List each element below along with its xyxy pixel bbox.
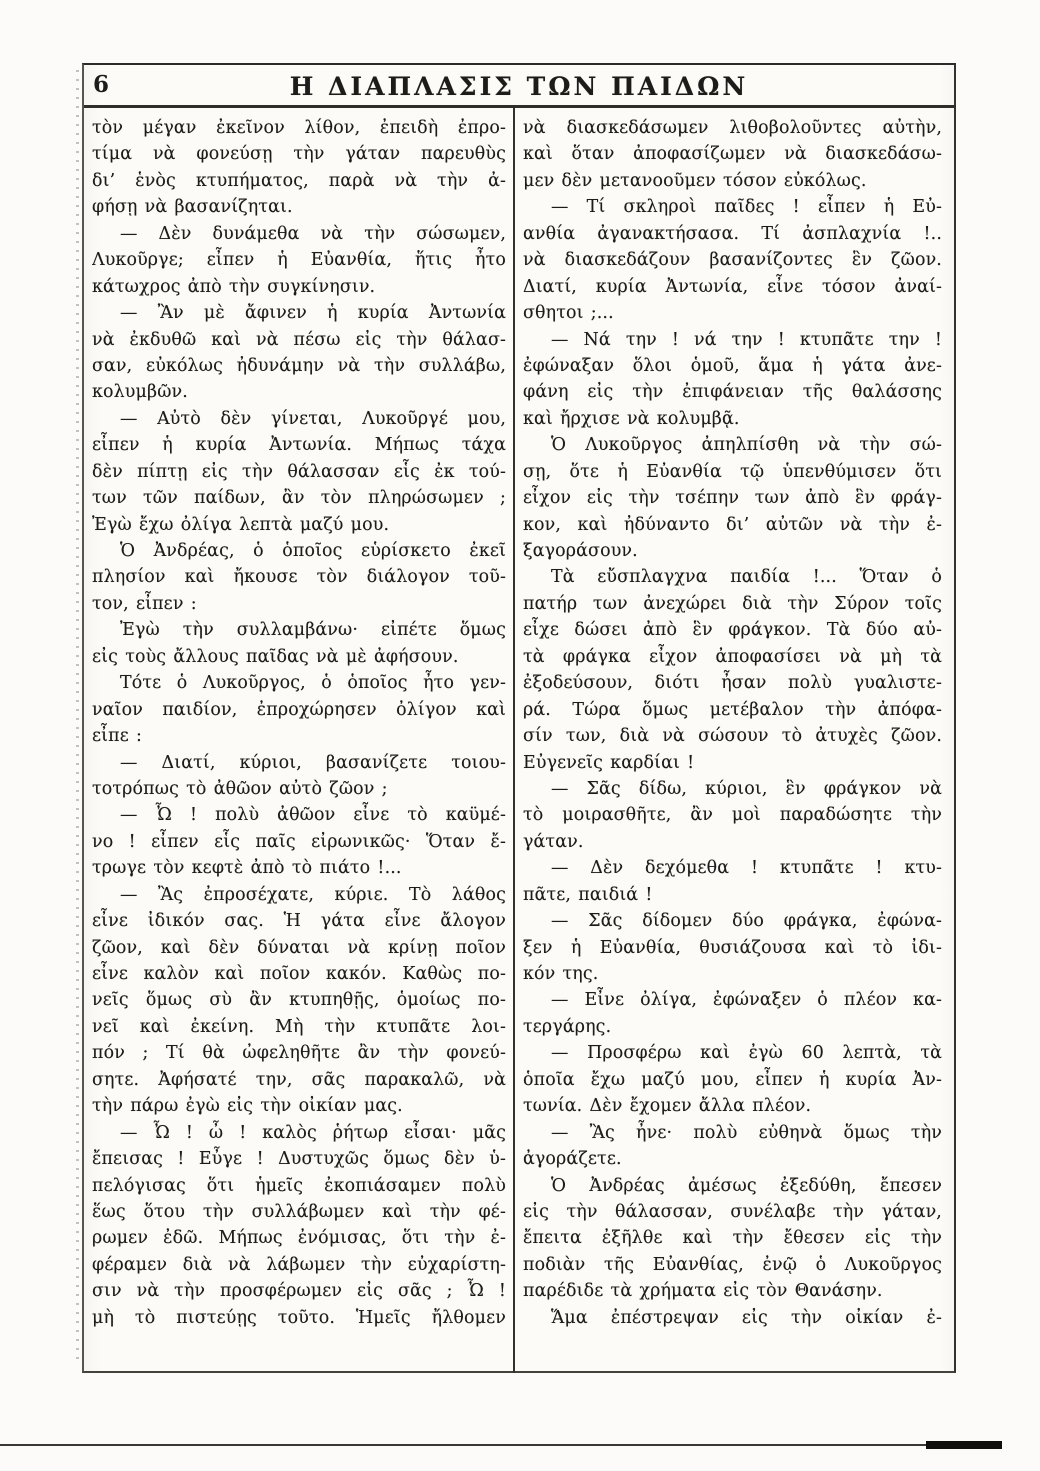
text-line: εἶπε :: [92, 723, 506, 749]
text-line: σίν των, διὰ νὰ σώσουν τὸ ἀτυχὲς ζῶον.: [523, 723, 942, 749]
page-frame: 6 Η ΔΙΑΠΛΑΣΙΣ ΤΩΝ ΠΑΙΔΩΝ τὸν μέγαν ἐκεῖν…: [82, 63, 956, 1373]
text-line: — Δὲν δεχόμεθα ! κτυπᾶτε ! κτυ-: [523, 855, 942, 881]
text-line: ξαγοράσουν.: [523, 538, 942, 564]
text-line: — Νά την ! νά την ! κτυπᾶτε την !: [523, 327, 942, 353]
text-line: δι’ ἑνὸς κτυπήματος, παρὰ νὰ τὴν ἀ-: [92, 168, 506, 194]
text-line: — Δὲν δυνάμεθα νὰ τὴν σώσωμεν,: [92, 221, 506, 247]
text-line: Ὁ Λυκοῦργος ἀπηλπίσθη νὰ τὴν σώ-: [523, 432, 942, 458]
column-right: νὰ διασκεδάσωμεν λιθοβολοῦντες αὐτὴν,καὶ…: [515, 108, 954, 1373]
text-line: των τῶν παίδων, ἂν τὸν πληρώσωμεν ;: [92, 485, 506, 511]
text-line: νὰ διασκεδάσωμεν λιθοβολοῦντες αὐτὴν,: [523, 115, 942, 141]
text-line: τον, εἶπεν :: [92, 591, 506, 617]
text-line: κόν της.: [523, 961, 942, 987]
text-line: πόν ; Τί θὰ ὠφεληθῆτε ἂν τὴν φονεύ-: [92, 1040, 506, 1066]
text-line: ἀγοράζετε.: [523, 1146, 942, 1172]
page-title: Η ΔΙΑΠΛΑΣΙΣ ΤΩΝ ΠΑΙΔΩΝ: [84, 72, 954, 101]
text-line: τίμα νὰ φονεύσῃ τὴν γάταν παρευθὺς: [92, 141, 506, 167]
text-line: ρωμεν ἐδῶ. Μήπως ἐνόμισας, ὅτι τὴν ἐ-: [92, 1225, 506, 1251]
text-line: τωνία. Δὲν ἔχομεν ἄλλα πλέον.: [523, 1093, 942, 1119]
text-line: φάνη εἰς τὴν ἐπιφάνειαν τῆς θαλάσσης: [523, 379, 942, 405]
scanned-magazine-page: { "colors": { "ink": "#1d1c1a", "paper":…: [0, 0, 1040, 1471]
text-line: ανθία ἀγανακτήσασα. Τί ἀσπλαχνία !..: [523, 221, 942, 247]
text-line: εἶχον εἰς τὴν τσέπην των ἀπὸ ἓν φράγ-: [523, 485, 942, 511]
bottom-trim-bar: [926, 1441, 1002, 1449]
text-line: ἐφώναξαν ὅλοι ὁμοῦ, ἅμα ἡ γάτα ἀνε-: [523, 353, 942, 379]
text-line: τὸ μοιρασθῆτε, ἂν μοὶ παραδώσητε τὴν: [523, 802, 942, 828]
text-line: κάτωχρος ἀπὸ τὴν συγκίνησιν.: [92, 274, 506, 300]
text-line: τρωγε τὸν κεφτὲ ἀπὸ τὸ πιάτο !...: [92, 855, 506, 881]
text-line: Ὁ Ἀνδρέας ἀμέσως ἐξεδύθη, ἔπεσεν: [523, 1173, 942, 1199]
scan-edge-noise: [76, 70, 79, 1360]
text-line: εἶπεν ἡ κυρία Ἀντωνία. Μήπως τάχα: [92, 432, 506, 458]
text-line: κολυμβῶν.: [92, 379, 506, 405]
text-line: εἶνε ἰδικόν σας. Ἡ γάτα εἶνε ἄλογον: [92, 908, 506, 934]
text-line: — Εἶνε ὀλίγα, ἐφώναξεν ὁ πλέον κα-: [523, 987, 942, 1013]
text-line: μεν δὲν μετανοοῦμεν τόσον εὐκόλως.: [523, 168, 942, 194]
text-line: Διατί, κυρία Ἀντωνία, εἶνε τόσον ἀναί-: [523, 274, 942, 300]
text-line: σαν, εὐκόλως ἠδυνάμην νὰ τὴν συλλάβω,: [92, 353, 506, 379]
text-line: πᾶτε, παιδιά !: [523, 882, 942, 908]
text-line: νὰ διασκεδάζουν βασανίζοντες ἓν ζῶον.: [523, 247, 942, 273]
text-line: μὴ τὸ πιστεύῃς τοῦτο. Ἡμεῖς ἤλθομεν: [92, 1305, 506, 1331]
text-line: Εὐγενεῖς καρδίαι !: [523, 750, 942, 776]
text-line: φέραμεν διὰ νὰ λάβωμεν τὴν εὐχαρίστη-: [92, 1252, 506, 1278]
text-line: καὶ ἤρχισε νὰ κολυμβᾷ.: [523, 406, 942, 432]
text-line: τὴν πάρω ἐγὼ εἰς τὴν οἰκίαν μας.: [92, 1093, 506, 1119]
text-line: — Ὦ ! ὦ ! καλὸς ῥήτωρ εἶσαι· μᾶς: [92, 1120, 506, 1146]
text-line: ὁποῖα ἔχω μαζύ μου, εἶπεν ἡ κυρία Ἀν-: [523, 1067, 942, 1093]
text-line: ἕως ὅτου τὴν συλλάβωμεν καὶ τὴν φέ-: [92, 1199, 506, 1225]
text-line: πελόγισας ὅτι ἡμεῖς ἐκοπιάσαμεν πολὺ: [92, 1173, 506, 1199]
text-line: Λυκοῦργε; εἶπεν ἡ Εὐανθία, ἥτις ἦτο: [92, 247, 506, 273]
text-line: Ἐγὼ ἔχω ὀλίγα λεπτὰ μαζύ μου.: [92, 512, 506, 538]
text-line: ποδιὰν τῆς Εὐανθίας, ἐνῷ ὁ Λυκοῦργος: [523, 1252, 942, 1278]
text-line: παρέδιδε τὰ χρήματα εἰς τὸν Θανάσην.: [523, 1278, 942, 1304]
text-line: — Ἂς ἐπροσέχατε, κύριε. Τὸ λάθος: [92, 882, 506, 908]
text-line: πλησίον καὶ ἤκουσε τὸν διάλογον τοῦ-: [92, 564, 506, 590]
text-line: — Διατί, κύριοι, βασανίζετε τοιου-: [92, 750, 506, 776]
page-header: 6 Η ΔΙΑΠΛΑΣΙΣ ΤΩΝ ΠΑΙΔΩΝ: [84, 65, 954, 108]
text-line: σθητοι ;...: [523, 300, 942, 326]
text-line: τεργάρης.: [523, 1014, 942, 1040]
text-line: καὶ ὅταν ἀποφασίζωμεν νὰ διασκεδάσω-: [523, 141, 942, 167]
text-line: σιν νὰ τὴν προσφέρωμεν εἰς σᾶς ; Ὦ !: [92, 1278, 506, 1304]
text-line: νεῖ καὶ ἐκείνη. Μὴ τὴν κτυπᾶτε λοι-: [92, 1014, 506, 1040]
text-line: νεῖς ὅμως σὺ ἂν κτυπηθῇς, ὁμοίως πο-: [92, 987, 506, 1013]
text-line: γάταν.: [523, 829, 942, 855]
text-line: σῃ, ὅτε ἡ Εὐανθία τῷ ὑπενθύμισεν ὅτι: [523, 459, 942, 485]
text-line: Ὁ Ἀνδρέας, ὁ ὁποῖος εὑρίσκετο ἐκεῖ: [92, 538, 506, 564]
text-line: εἶχε δώσει ἀπὸ ἓν φράγκον. Τὰ δύο αὐ-: [523, 617, 942, 643]
bottom-trim-line: [0, 1444, 932, 1446]
text-line: — Ὦ ! πολὺ ἀθῶον εἶνε τὸ καϋμέ-: [92, 802, 506, 828]
text-line: — Προσφέρω καὶ ἐγὼ 60 λεπτὰ, τὰ: [523, 1040, 942, 1066]
text-line: τοτρόπως τὸ ἀθῶον αὐτὸ ζῶον ;: [92, 776, 506, 802]
text-line: εἶνε καλὸν καὶ ποῖον κακόν. Καθὼς πο-: [92, 961, 506, 987]
text-line: πατήρ των ἀνεχώρει διὰ τὴν Σύρον τοῖς: [523, 591, 942, 617]
text-line: ἐξοδεύσουν, διότι ἦσαν πολὺ γυαλιστε-: [523, 670, 942, 696]
text-line: Ἐγὼ τὴν συλλαμβάνω· εἰπέτε ὅμως: [92, 617, 506, 643]
text-line: ἔπεισας ! Εὖγε ! Δυστυχῶς ὅμως δὲν ὑ-: [92, 1146, 506, 1172]
text-line: τὰ φράγκα εἶχον ἀποφασίσει νὰ μὴ τὰ: [523, 644, 942, 670]
text-line: — Σᾶς δίδομεν δύο φράγκα, ἐφώνα-: [523, 908, 942, 934]
text-line: νὰ ἐκδυθῶ καὶ νὰ πέσω εἰς τὴν θάλασ-: [92, 327, 506, 353]
text-line: ρά. Τώρα ὅμως μετέβαλον τὴν ἀπόφα-: [523, 697, 942, 723]
text-columns: τὸν μέγαν ἐκεῖνον λίθον, ἐπειδὴ ἐπρο-τίμ…: [84, 108, 954, 1373]
text-line: ἔπειτα ἐξῆλθε καὶ τὴν ἔθεσεν εἰς τὴν: [523, 1225, 942, 1251]
text-line: σητε. Ἀφήσατέ την, σᾶς παρακαλῶ, νὰ: [92, 1067, 506, 1093]
text-line: ξεν ἡ Εὐανθία, θυσιάζουσα καὶ τὸ ἰδι-: [523, 935, 942, 961]
text-line: — Σᾶς δίδω, κύριοι, ἓν φράγκον νὰ: [523, 776, 942, 802]
text-line: Ἅμα ἐπέστρεψαν εἰς τὴν οἰκίαν ἐ-: [523, 1305, 942, 1331]
column-left: τὸν μέγαν ἐκεῖνον λίθον, ἐπειδὴ ἐπρο-τίμ…: [84, 108, 515, 1373]
text-line: ζῶον, καὶ δὲν δύναται νὰ κρίνῃ ποῖον: [92, 935, 506, 961]
text-line: Τότε ὁ Λυκοῦργος, ὁ ὁποῖος ἦτο γεν-: [92, 670, 506, 696]
text-line: — Αὐτὸ δὲν γίνεται, Λυκοῦργέ μου,: [92, 406, 506, 432]
text-line: εἰς τὴν θάλασσαν, συνέλαβε τὴν γάταν,: [523, 1199, 942, 1225]
text-line: Τὰ εὔσπλαγχνα παιδία !... Ὅταν ὁ: [523, 564, 942, 590]
text-line: κον, καὶ ἠδύναντο δι’ αὐτῶν νὰ τὴν ἐ-: [523, 512, 942, 538]
text-line: — Ἂν μὲ ἄφινεν ἡ κυρία Ἀντωνία: [92, 300, 506, 326]
text-line: — Τί σκληροὶ παῖδες ! εἶπεν ἡ Εὐ-: [523, 194, 942, 220]
text-line: ναῖον παιδίον, ἐπροχώρησεν ὀλίγον καὶ: [92, 697, 506, 723]
text-line: δὲν πίπτῃ εἰς τὴν θάλασσαν εἷς ἐκ τού-: [92, 459, 506, 485]
text-line: — Ἂς ἦνε· πολὺ εὐθηνὰ ὅμως τὴν: [523, 1120, 942, 1146]
text-line: νο ! εἶπεν εἷς παῖς εἰρωνικῶς· Ὅταν ἔ-: [92, 829, 506, 855]
text-line: τὸν μέγαν ἐκεῖνον λίθον, ἐπειδὴ ἐπρο-: [92, 115, 506, 141]
text-line: φήσῃ νὰ βασανίζηται.: [92, 194, 506, 220]
text-line: εἰς τοὺς ἄλλους παῖδας νὰ μὲ ἀφήσουν.: [92, 644, 506, 670]
